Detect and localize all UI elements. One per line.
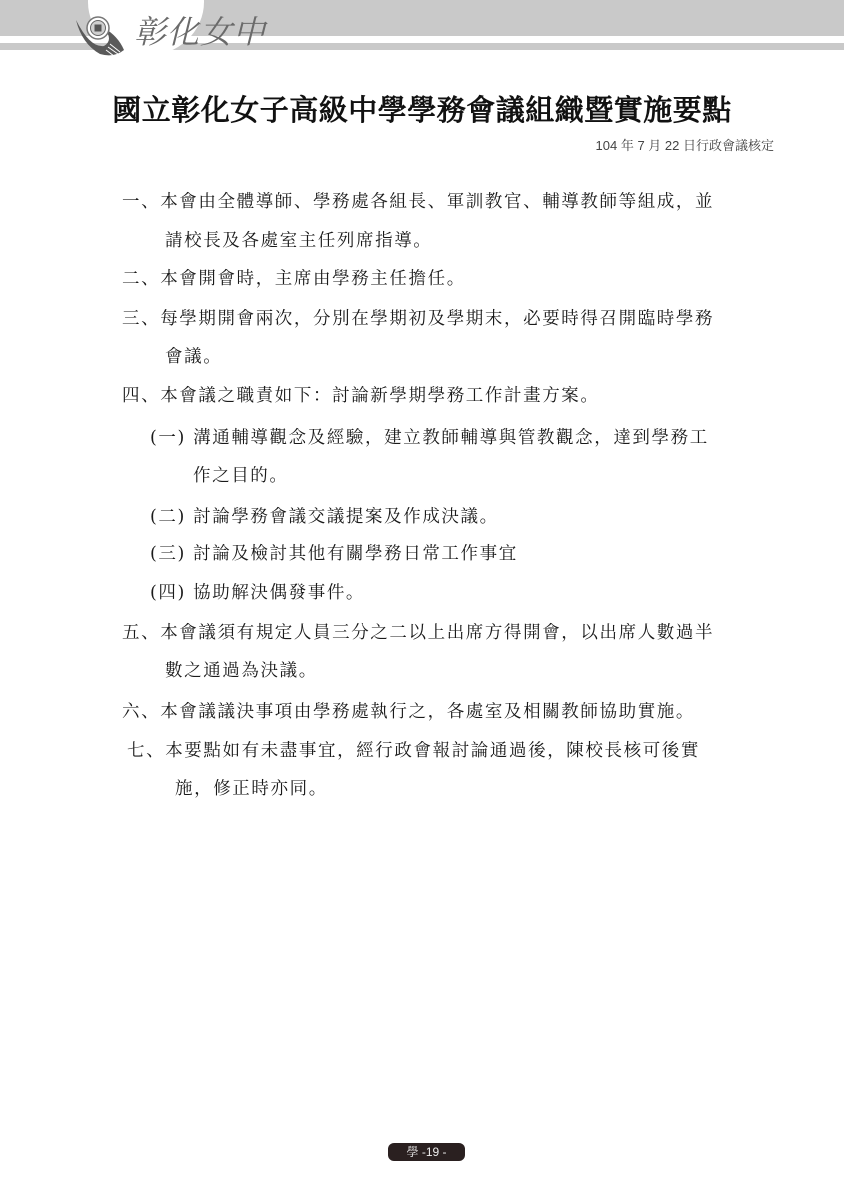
subclause-1-line-1: (一) 溝通輔導觀念及經驗，建立教師輔導與管教觀念，達到學務工: [150, 426, 709, 450]
clause-7-line-2: 施，修正時亦同。: [175, 777, 328, 801]
clause-1-line-2: 請校長及各處室主任列席指導。: [165, 229, 432, 253]
clause-5-line-2: 數之通過為決議。: [165, 659, 318, 683]
clause-4: 四、本會議之職責如下：討論新學期學務工作計畫方案。: [122, 384, 600, 408]
approval-note: 104 年 7 月 22 日行政會議核定: [596, 135, 774, 154]
clause-3-line-2: 會議。: [165, 345, 222, 369]
page-number: 學 -19 -: [388, 1143, 465, 1161]
clause-7-line-1: 七、本要點如有未盡事宜，經行政會報討論通過後，陳校長核可後實: [127, 739, 700, 763]
school-logo-text: 彰化女中: [134, 12, 266, 52]
subclause-2: (二) 討論學務會議交議提案及作成決議。: [150, 505, 499, 529]
school-emblem-icon: [74, 14, 128, 60]
subclause-1-line-2: 作之目的。: [193, 464, 289, 488]
subclause-4: (四) 協助解決偶發事件。: [150, 581, 365, 605]
clause-1-line-1: 一、本會由全體導師、學務處各組長、軍訓教官、輔導教師等組成，並: [122, 190, 714, 214]
subclause-3: (三) 討論及檢討其他有關學務日常工作事宜: [150, 542, 518, 566]
clause-3-line-1: 三、每學期開會兩次，分別在學期初及學期末，必要時得召開臨時學務: [122, 307, 714, 331]
clause-6: 六、本會議議決事項由學務處執行之，各處室及相關教師協助實施。: [122, 700, 695, 724]
clause-5-line-1: 五、本會議須有規定人員三分之二以上出席方得開會，以出席人數過半: [122, 621, 714, 645]
clause-2: 二、本會開會時，主席由學務主任擔任。: [122, 267, 466, 291]
document-title: 國立彰化女子高級中學學務會議組織暨實施要點: [0, 88, 844, 132]
